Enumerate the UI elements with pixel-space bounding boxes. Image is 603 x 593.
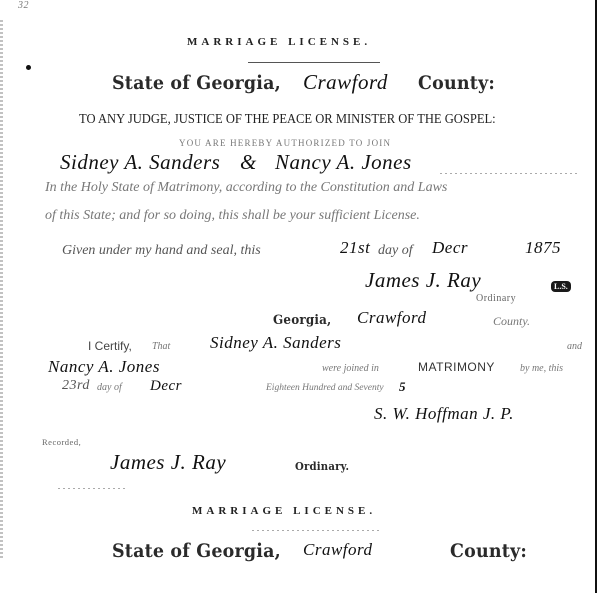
- recorder-signature: James J. Ray: [110, 450, 226, 475]
- left-page-edge: [0, 20, 3, 560]
- that-label: That: [152, 341, 170, 352]
- state-label: State of Georgia,: [112, 72, 281, 94]
- seal-badge: L.S.: [551, 281, 571, 292]
- title-rule: [248, 62, 380, 63]
- cert-groom-name: Sidney A. Sanders: [210, 333, 341, 353]
- given-month: Decr: [432, 238, 468, 258]
- recorded-label: Recorded,: [42, 437, 81, 447]
- given-prefix: Given under my hand and seal, this: [62, 243, 261, 259]
- year-digit: 5: [399, 379, 406, 395]
- officiant-signature: S. W. Hoffman J. P.: [374, 404, 514, 424]
- cert-day-of-label: day of: [97, 382, 122, 393]
- next-county-name: Crawford: [303, 540, 373, 560]
- license-title: MARRIAGE LICENSE.: [187, 36, 371, 48]
- next-county-label: County:: [450, 540, 527, 562]
- next-title-rule: [252, 530, 382, 531]
- county-label: County:: [418, 72, 495, 94]
- cert-bride-name: Nancy A. Jones: [48, 357, 160, 377]
- by-me-text: by me, this: [520, 363, 563, 374]
- and-label: and: [567, 341, 582, 352]
- recorder-title: Ordinary.: [295, 460, 349, 473]
- cert-day: 23rd: [62, 378, 90, 394]
- given-day: 21st: [340, 238, 370, 258]
- ink-dot: [26, 65, 31, 70]
- clause-line-2: of this State; and for so doing, this sh…: [45, 208, 420, 224]
- cert-month: Decr: [150, 378, 182, 395]
- cert-state-label: Georgia,: [273, 313, 331, 328]
- county-name: Crawford: [303, 70, 388, 95]
- authorization-line: YOU ARE HEREBY AUTHORIZED TO JOIN: [179, 138, 391, 148]
- matrimony-label: MATRIMONY: [418, 360, 495, 374]
- conjunction: &: [240, 150, 257, 175]
- next-state-label: State of Georgia,: [112, 540, 281, 562]
- recorded-fill-line: [58, 488, 128, 489]
- signer-title: Ordinary: [476, 293, 516, 304]
- ordinary-signature: James J. Ray: [365, 268, 481, 293]
- given-day-of: day of: [378, 243, 413, 259]
- page-number-mark: 32: [18, 0, 29, 11]
- right-page-edge: [595, 0, 597, 593]
- bride-name: Nancy A. Jones: [275, 150, 412, 175]
- name-fill-line: [440, 173, 580, 174]
- address-line: TO ANY JUDGE, JUSTICE OF THE PEACE OR MI…: [79, 111, 496, 127]
- groom-name: Sidney A. Sanders: [60, 150, 220, 175]
- given-year: 1875: [525, 238, 561, 258]
- next-license-title: MARRIAGE LICENSE.: [192, 505, 376, 517]
- cert-county-label: County.: [493, 314, 530, 329]
- cert-county-name: Crawford: [357, 308, 427, 328]
- joined-text: were joined in: [322, 363, 379, 374]
- clause-line-1: In the Holy State of Matrimony, accordin…: [45, 180, 447, 196]
- certify-prefix: I Certify,: [88, 339, 132, 353]
- year-text: Eighteen Hundred and Seventy: [266, 383, 384, 393]
